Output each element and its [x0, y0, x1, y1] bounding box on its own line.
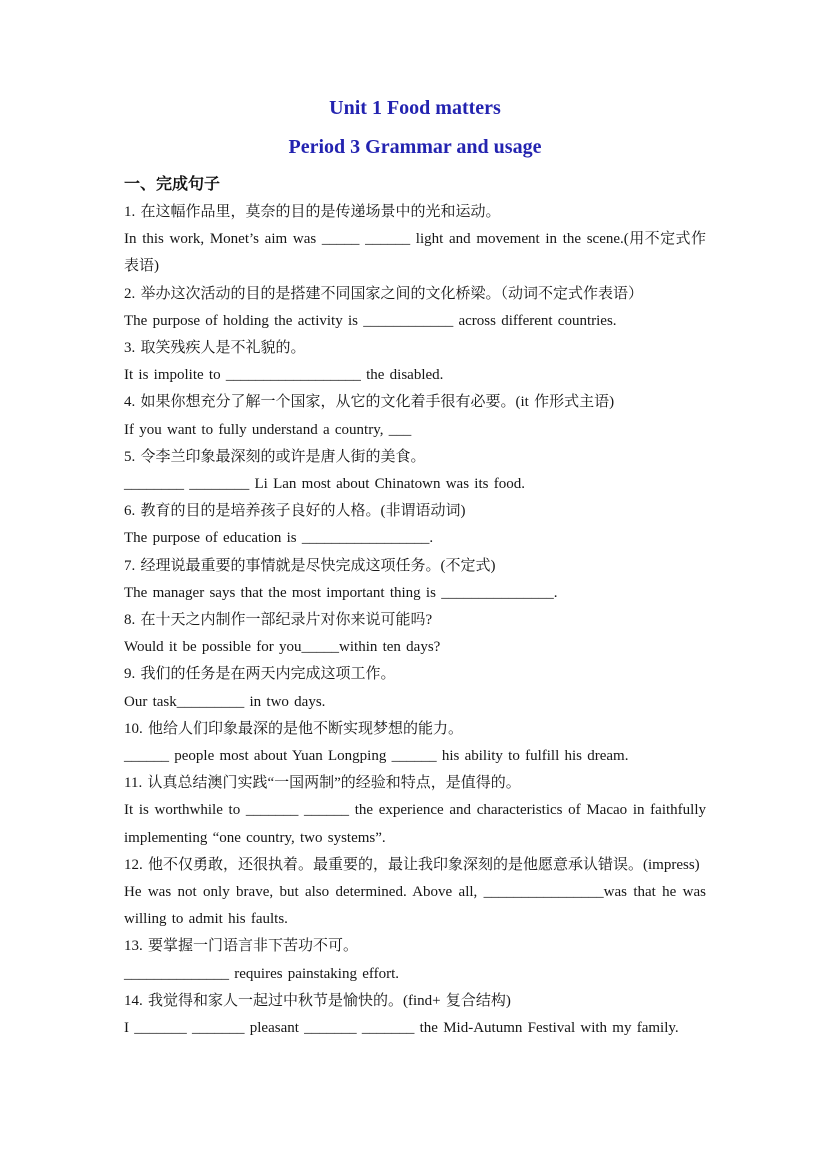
exercise-item-4: 4. 如果你想充分了解一个国家，从它的文化着手很有必要。(it 作形式主语) I…	[124, 389, 706, 443]
item-5-english: ________ ________ Li Lan most about Chin…	[124, 471, 706, 498]
exercise-item-2: 2. 举办这次活动的目的是搭建不同国家之间的文化桥梁。（动词不定式作表语） Th…	[124, 281, 706, 335]
exercise-item-14: 14. 我觉得和家人一起过中秋节是愉快的。(find+ 复合结构) I ____…	[124, 988, 706, 1042]
item-1-english: In this work, Monet’s aim was _____ ____…	[124, 226, 706, 280]
item-14-chinese: 14. 我觉得和家人一起过中秋节是愉快的。(find+ 复合结构)	[124, 988, 706, 1015]
item-6-english: The purpose of education is ____________…	[124, 525, 706, 552]
item-12-english: He was not only brave, but also determin…	[124, 879, 706, 933]
item-7-english: The manager says that the most important…	[124, 580, 706, 607]
exercise-item-5: 5. 令李兰印象最深刻的或许是唐人街的美食。 ________ ________…	[124, 444, 706, 498]
item-13-english: ______________ requires painstaking effo…	[124, 961, 706, 988]
document-page: Unit 1 Food matters Period 3 Grammar and…	[0, 0, 827, 1169]
item-9-chinese: 9. 我们的任务是在两天内完成这项工作。	[124, 661, 706, 688]
item-11-chinese: 11. 认真总结澳门实践“一国两制”的经验和特点，是值得的。	[124, 770, 706, 797]
document-title-period: Period 3 Grammar and usage	[124, 135, 706, 159]
item-1-chinese: 1. 在这幅作品里，莫奈的目的是传递场景中的光和运动。	[124, 199, 706, 226]
exercise-item-1: 1. 在这幅作品里，莫奈的目的是传递场景中的光和运动。 In this work…	[124, 199, 706, 281]
item-9-english: Our task_________ in two days.	[124, 689, 706, 716]
exercise-item-11: 11. 认真总结澳门实践“一国两制”的经验和特点，是值得的。 It is wor…	[124, 770, 706, 852]
exercise-item-13: 13. 要掌握一门语言非下苦功不可。 ______________ requir…	[124, 933, 706, 987]
item-5-chinese: 5. 令李兰印象最深刻的或许是唐人街的美食。	[124, 444, 706, 471]
item-4-chinese: 4. 如果你想充分了解一个国家，从它的文化着手很有必要。(it 作形式主语)	[124, 389, 706, 416]
item-8-chinese: 8. 在十天之内制作一部纪录片对你来说可能吗?	[124, 607, 706, 634]
exercise-item-9: 9. 我们的任务是在两天内完成这项工作。 Our task_________ i…	[124, 661, 706, 715]
item-10-chinese: 10. 他给人们印象最深的是他不断实现梦想的能力。	[124, 716, 706, 743]
item-2-english: The purpose of holding the activity is _…	[124, 308, 706, 335]
document-content: Unit 1 Food matters Period 3 Grammar and…	[124, 96, 706, 1042]
item-2-chinese: 2. 举办这次活动的目的是搭建不同国家之间的文化桥梁。（动词不定式作表语）	[124, 281, 706, 308]
item-7-chinese: 7. 经理说最重要的事情就是尽快完成这项任务。(不定式)	[124, 553, 706, 580]
item-13-chinese: 13. 要掌握一门语言非下苦功不可。	[124, 933, 706, 960]
exercise-item-8: 8. 在十天之内制作一部纪录片对你来说可能吗? Would it be poss…	[124, 607, 706, 661]
exercise-item-12: 12. 他不仅勇敢，还很执着。最重要的，最让我印象深刻的是他愿意承认错误。(im…	[124, 852, 706, 934]
item-10-english: ______ people most about Yuan Longping _…	[124, 743, 706, 770]
item-14-english: I _______ _______ pleasant _______ _____…	[124, 1015, 706, 1042]
item-8-english: Would it be possible for you_____within …	[124, 634, 706, 661]
item-11-english: It is worthwhile to _______ ______ the e…	[124, 797, 706, 851]
exercise-item-3: 3. 取笑残疾人是不礼貌的。 It is impolite to _______…	[124, 335, 706, 389]
exercise-item-6: 6. 教育的目的是培养孩子良好的人格。(非谓语动词) The purpose o…	[124, 498, 706, 552]
section-heading-complete-sentences: 一、完成句子	[124, 171, 706, 198]
document-title-unit: Unit 1 Food matters	[124, 96, 706, 120]
item-3-chinese: 3. 取笑残疾人是不礼貌的。	[124, 335, 706, 362]
item-12-chinese: 12. 他不仅勇敢，还很执着。最重要的，最让我印象深刻的是他愿意承认错误。(im…	[124, 852, 706, 879]
item-4-english: If you want to fully understand a countr…	[124, 417, 706, 444]
exercise-item-7: 7. 经理说最重要的事情就是尽快完成这项任务。(不定式) The manager…	[124, 553, 706, 607]
item-3-english: It is impolite to __________________ the…	[124, 362, 706, 389]
exercise-item-10: 10. 他给人们印象最深的是他不断实现梦想的能力。 ______ people …	[124, 716, 706, 770]
item-6-chinese: 6. 教育的目的是培养孩子良好的人格。(非谓语动词)	[124, 498, 706, 525]
